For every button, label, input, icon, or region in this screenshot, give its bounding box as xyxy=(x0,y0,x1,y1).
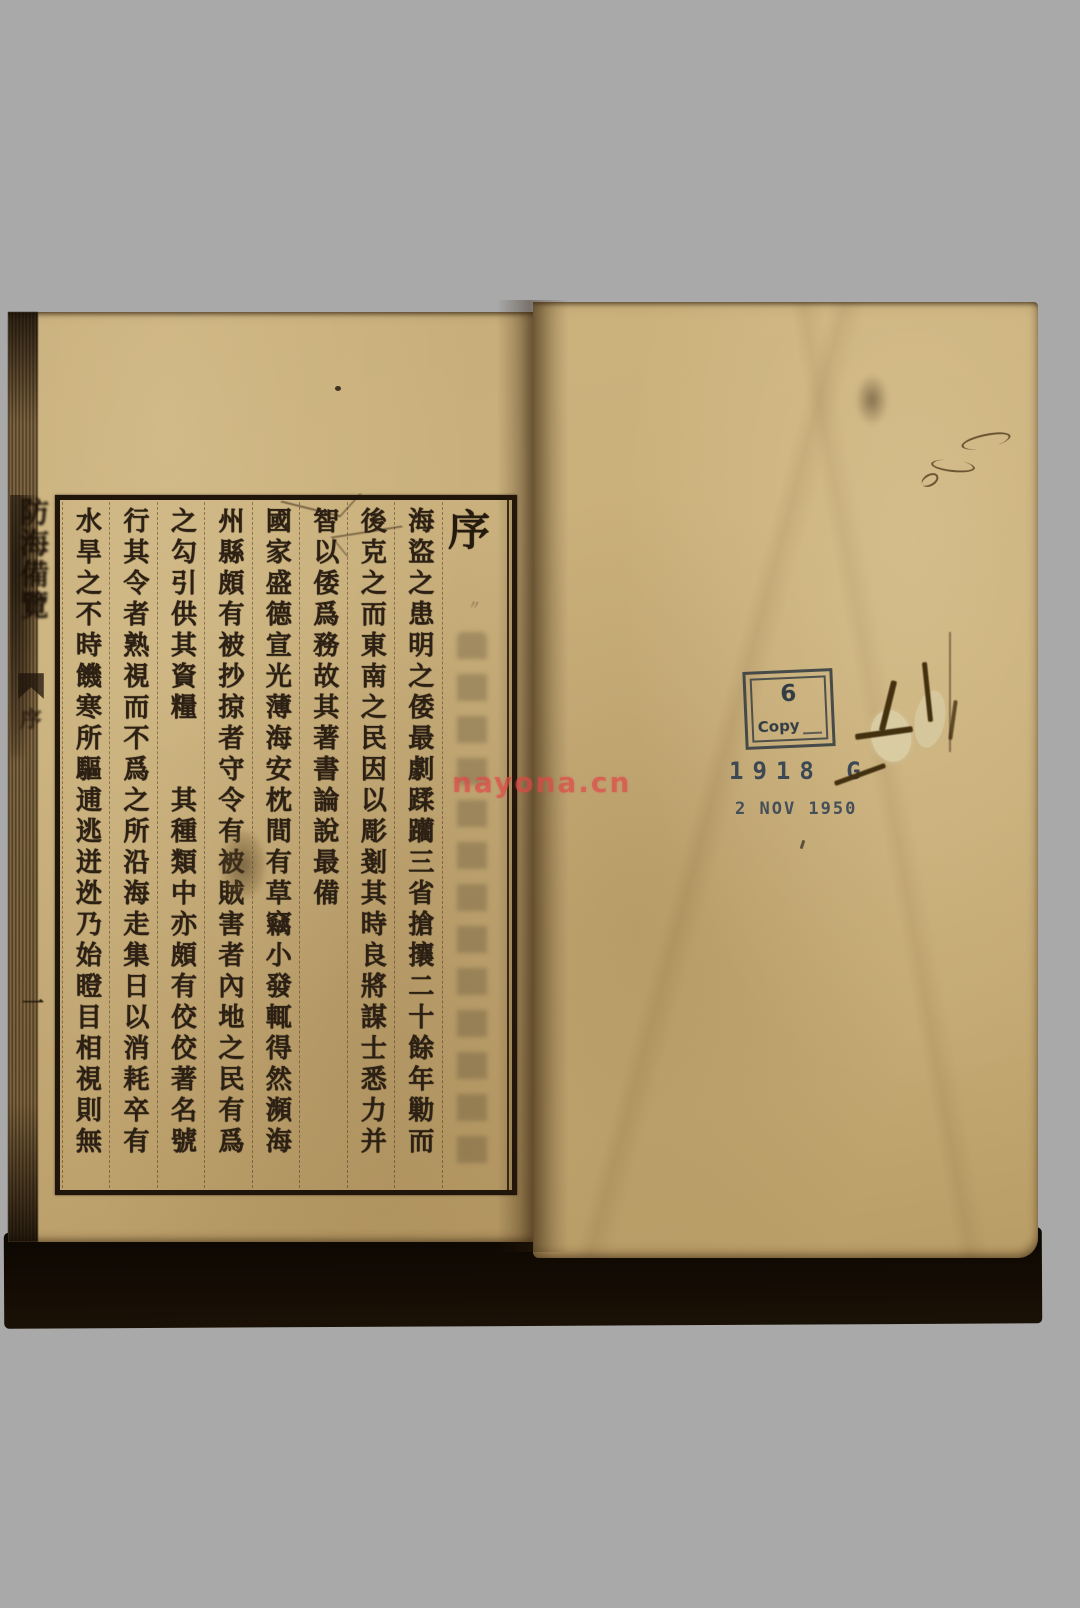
copy-label-row: Copy xyxy=(753,715,826,740)
spine-book-title: 防海備覽 xyxy=(16,497,50,621)
worm-trail xyxy=(960,429,1012,453)
ink-smudge xyxy=(855,374,889,426)
worm-trail xyxy=(919,470,941,489)
heading-column: 序 〃 xyxy=(442,502,504,1188)
small-ink-mark xyxy=(800,840,806,849)
text-column: 後克之而東南之民因以彫剗其時良將謀士悉力并 xyxy=(347,502,394,1188)
text-frame: 序 〃 海盜之患明之倭最劇蹂躪三省搶攘二十餘年勦而 後克之而東南之民因以彫剗其時… xyxy=(55,495,517,1195)
scanned-book-screenshot: 6 Copy 1918 G 2 NOV 1950 防海備覽 xyxy=(0,0,1080,1608)
preface-heading: 序 xyxy=(436,508,496,550)
text-column: 海盜之患明之倭最劇蹂躪三省搶攘二十餘年勦而 xyxy=(394,502,441,1188)
text-column: 之勾引供其資糧 其種類中亦頗有佼佼著名號能 xyxy=(157,502,204,1188)
copy-label: Copy xyxy=(757,717,800,737)
text-columns: 序 〃 海盜之患明之倭最劇蹂躪三省搶攘二十餘年勦而 後克之而東南之民因以彫剗其時… xyxy=(62,502,504,1188)
spine-section-label: 序 xyxy=(20,703,42,734)
site-watermark: nayona.cn xyxy=(452,766,631,799)
text-column: 水旱之不時饑寒所驅逋逃迸迯乃始瞪目相視則無 xyxy=(62,502,109,1188)
copy-stamp-inner-border: 6 Copy xyxy=(750,675,829,742)
spine-column: 防海備覽 序 一 xyxy=(10,495,55,1195)
text-column: 智以倭爲務故其著書論說最備 xyxy=(299,502,346,1188)
paper-crease xyxy=(949,632,951,752)
copy-number: 6 xyxy=(752,679,825,708)
date-stamp: 2 NOV 1950 xyxy=(735,799,857,819)
spine-page-number: 一 xyxy=(22,987,44,1018)
worm-trail xyxy=(930,458,975,475)
library-copy-stamp: 6 Copy xyxy=(742,668,835,750)
ink-dot xyxy=(335,386,341,391)
text-column: 行其令者熟視而不爲之所沿海走集日以消耗卒有 xyxy=(109,502,156,1188)
handwritten-note: 〃 xyxy=(462,597,483,613)
paper-crease-smudge xyxy=(220,830,266,900)
bleedthrough-ghost-text xyxy=(457,632,487,1172)
copy-blank-line xyxy=(802,720,822,735)
